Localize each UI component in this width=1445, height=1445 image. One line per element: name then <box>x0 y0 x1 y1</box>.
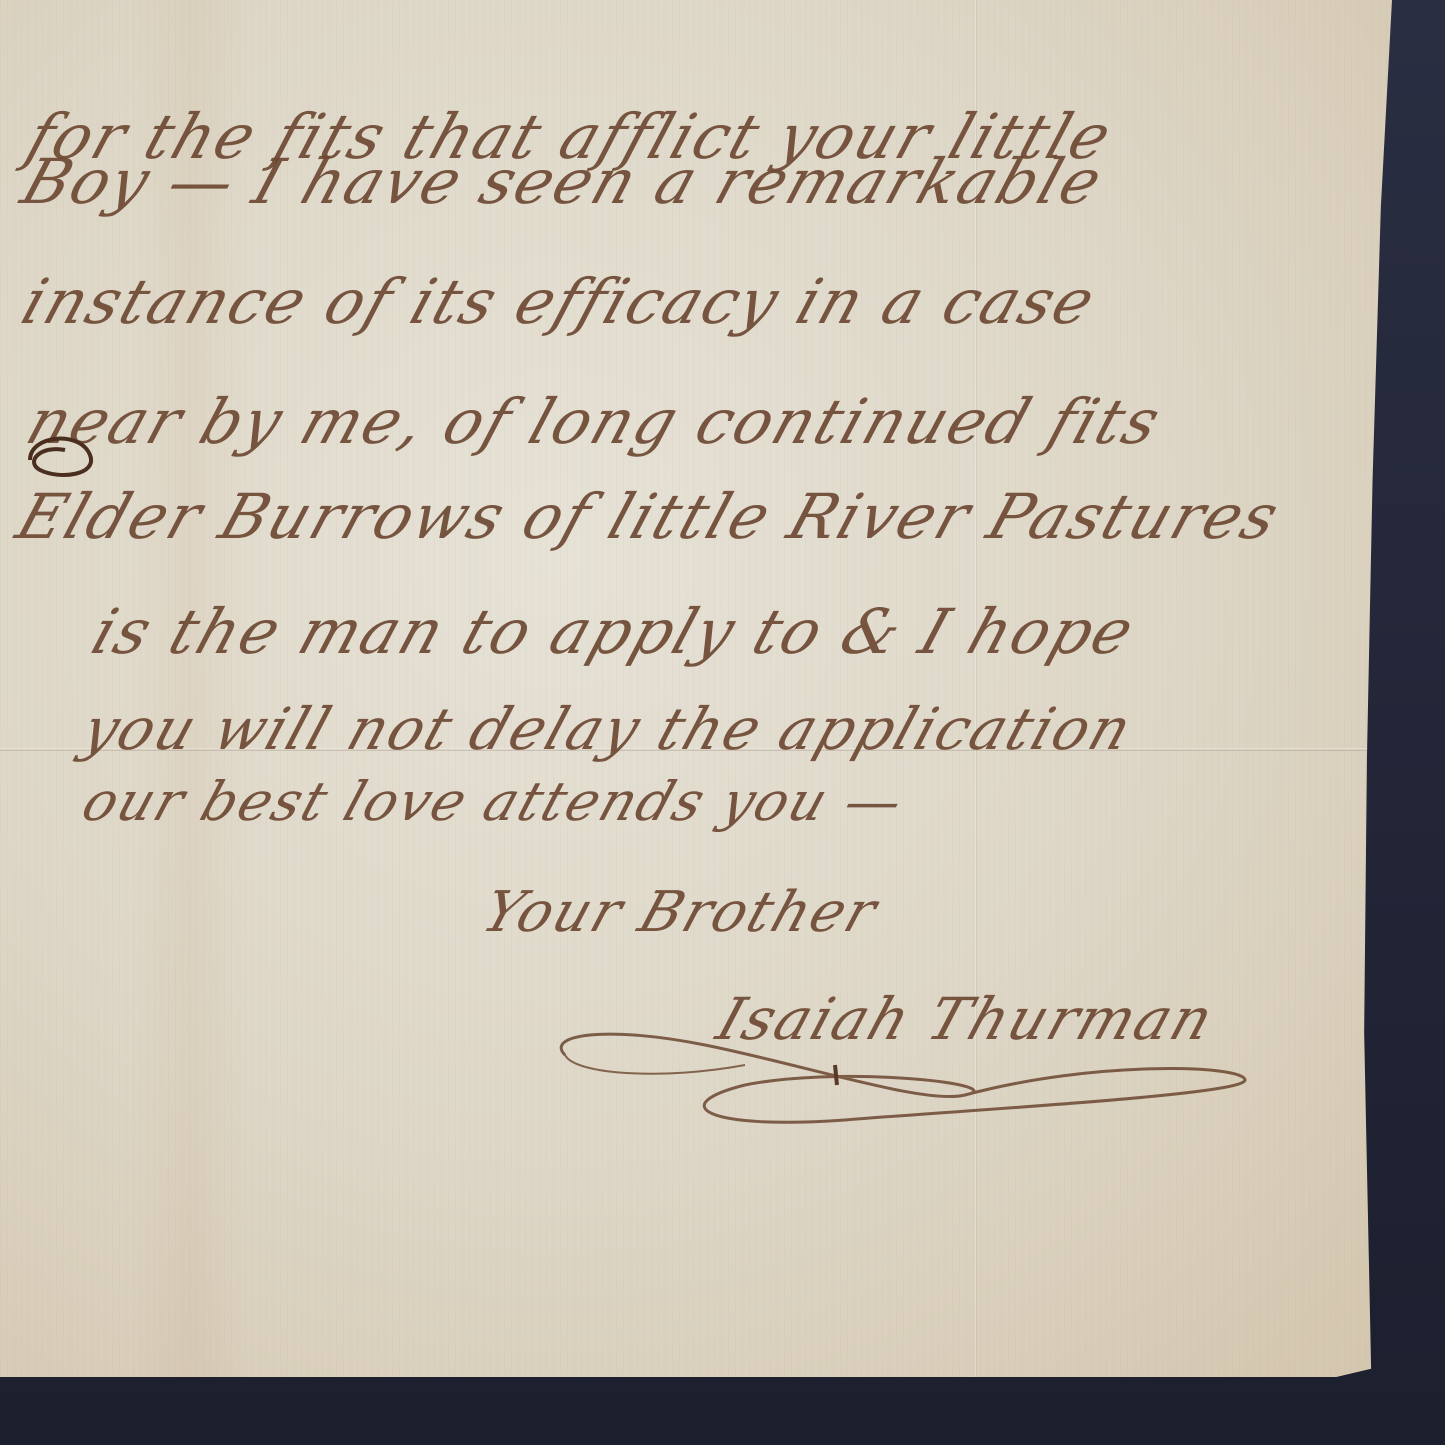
letter-line-7: you will not delay the application <box>74 695 1142 763</box>
letter-line-2: Boy — I have seen a remarkable <box>13 145 1113 218</box>
letter-line-8: our best love attends you — <box>75 770 913 833</box>
letter-line-6: is the man to apply to & I hope <box>83 595 1144 668</box>
letter-line-5: Elder Burrows of little River Pastures <box>8 480 1289 553</box>
letter-closing: Your Brother <box>474 880 886 945</box>
letter-paper: for the fits that afflict your little Bo… <box>0 0 1392 1377</box>
letter-line-3: instance of its efficacy in a case <box>13 265 1105 338</box>
initial-loop-flourish-icon <box>20 430 100 500</box>
letter-line-4: near by me, of long continued fits <box>18 385 1171 458</box>
signature-flourish-icon <box>545 1025 1265 1135</box>
